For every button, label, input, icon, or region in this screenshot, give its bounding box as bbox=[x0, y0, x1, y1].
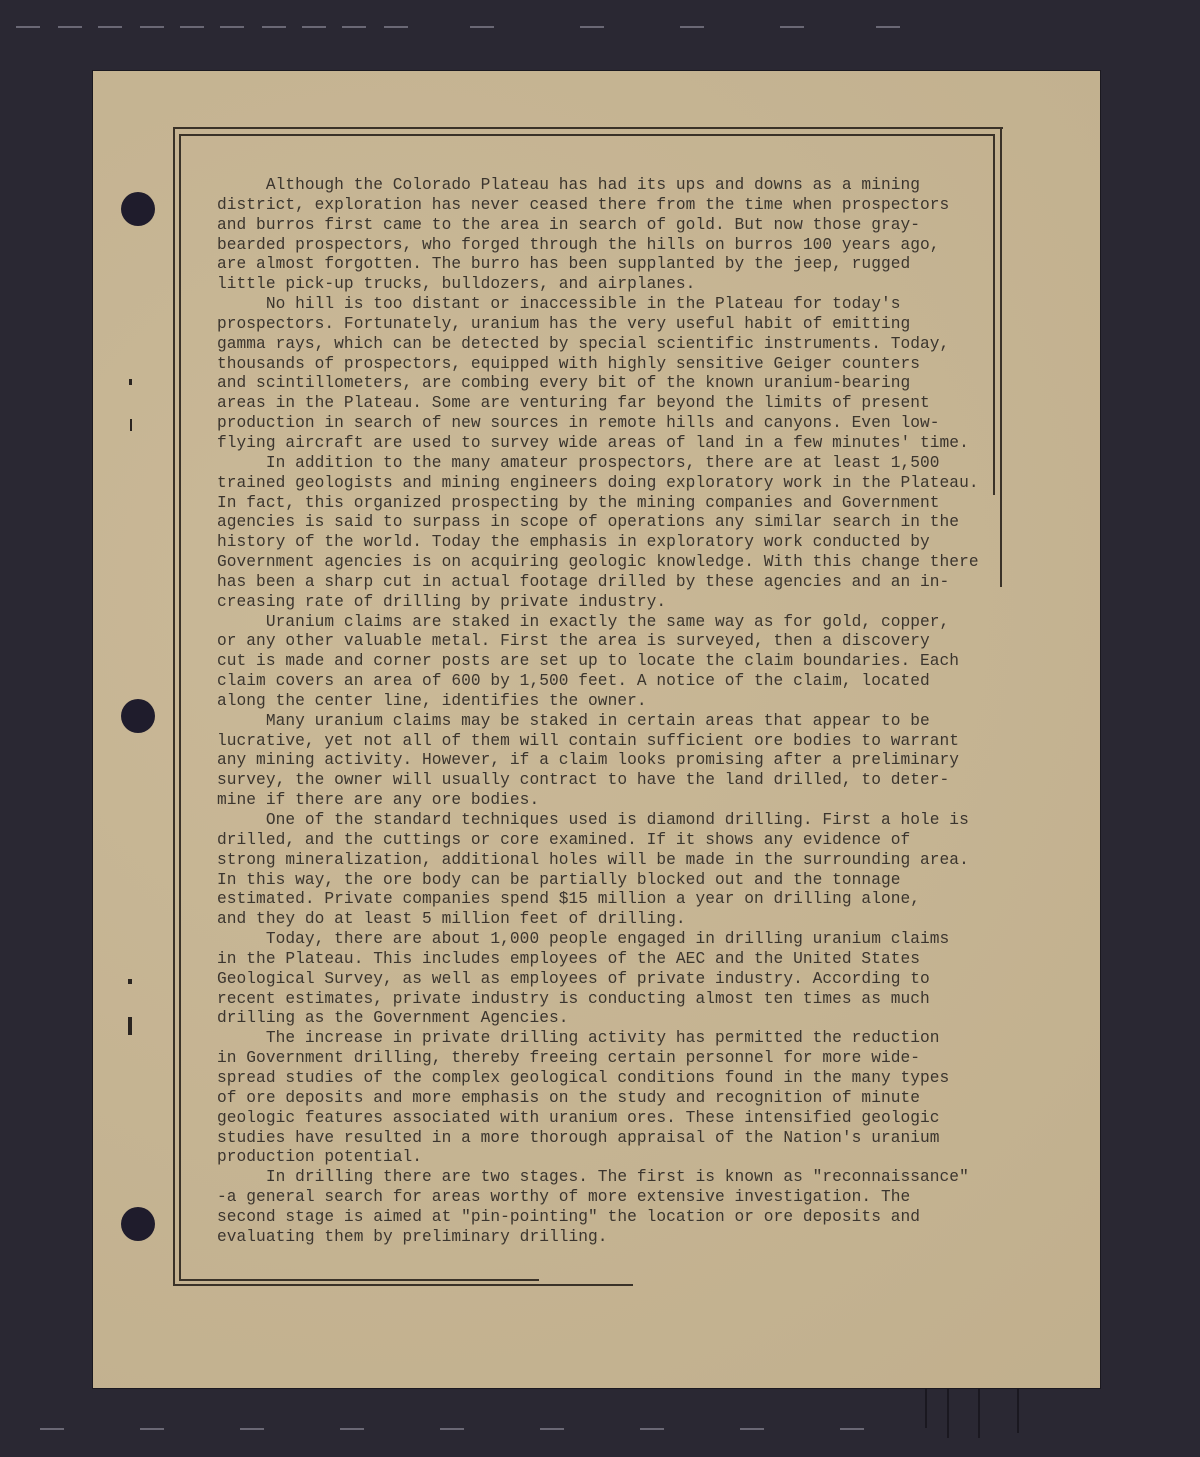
frame-tick bbox=[16, 26, 40, 28]
frame-tick bbox=[140, 26, 164, 28]
frame-tick bbox=[840, 1428, 864, 1430]
paragraph-5: Many uranium claims may be staked in cer… bbox=[217, 712, 997, 811]
frame-tick bbox=[680, 26, 704, 28]
punch-hole bbox=[121, 1207, 155, 1241]
frame-left-outer bbox=[173, 127, 175, 1284]
frame-tick bbox=[342, 26, 366, 28]
frame-tick bbox=[540, 1428, 564, 1430]
frame-tick bbox=[98, 26, 122, 28]
frame-top-inner bbox=[179, 134, 995, 136]
punch-hole bbox=[121, 192, 155, 226]
frame-tick bbox=[340, 1428, 364, 1430]
frame-tick bbox=[140, 1428, 164, 1430]
frame-tick bbox=[220, 26, 244, 28]
frame-tick bbox=[740, 1428, 764, 1430]
paragraph-4: Uranium claims are staked in exactly the… bbox=[217, 613, 997, 712]
frame-tick bbox=[40, 1428, 64, 1430]
paragraph-3: In addition to the many amateur prospect… bbox=[217, 454, 997, 613]
frame-right-outer bbox=[1000, 127, 1002, 587]
scanner-mark bbox=[1017, 1388, 1019, 1433]
paragraph-7: Today, there are about 1,000 people enga… bbox=[217, 930, 997, 1029]
frame-bottom-inner bbox=[179, 1279, 539, 1281]
paragraph-1: Although the Colorado Plateau has had it… bbox=[217, 176, 997, 295]
margin-mark bbox=[129, 379, 132, 385]
document-page: Although the Colorado Plateau has had it… bbox=[93, 71, 1100, 1388]
punch-hole bbox=[121, 699, 155, 733]
scanner-mark bbox=[978, 1388, 980, 1438]
frame-tick bbox=[640, 1428, 664, 1430]
margin-mark bbox=[128, 979, 132, 984]
frame-tick bbox=[440, 1428, 464, 1430]
bottom-frame-ticks bbox=[0, 1428, 1200, 1432]
frame-tick bbox=[58, 26, 82, 28]
paragraph-8: The increase in private drilling activit… bbox=[217, 1029, 997, 1168]
body-text: Although the Colorado Plateau has had it… bbox=[217, 176, 997, 1248]
top-frame-ticks bbox=[0, 26, 1200, 30]
frame-tick bbox=[262, 26, 286, 28]
frame-bottom-outer bbox=[173, 1284, 633, 1286]
margin-mark bbox=[128, 1017, 132, 1035]
frame-tick bbox=[470, 26, 494, 28]
scanner-mark bbox=[947, 1388, 949, 1438]
frame-tick bbox=[180, 26, 204, 28]
frame-tick bbox=[780, 26, 804, 28]
frame-tick bbox=[876, 26, 900, 28]
frame-tick bbox=[580, 26, 604, 28]
frame-tick bbox=[302, 26, 326, 28]
frame-tick bbox=[384, 26, 408, 28]
margin-mark bbox=[130, 419, 132, 431]
paragraph-9: In drilling there are two stages. The fi… bbox=[217, 1168, 997, 1247]
frame-top-outer bbox=[173, 127, 1003, 129]
frame-tick bbox=[240, 1428, 264, 1430]
scanner-mark bbox=[925, 1388, 927, 1428]
paragraph-6: One of the standard techniques used is d… bbox=[217, 811, 997, 930]
paragraph-2: No hill is too distant or inaccessible i… bbox=[217, 295, 997, 454]
frame-left-inner bbox=[179, 134, 181, 1280]
